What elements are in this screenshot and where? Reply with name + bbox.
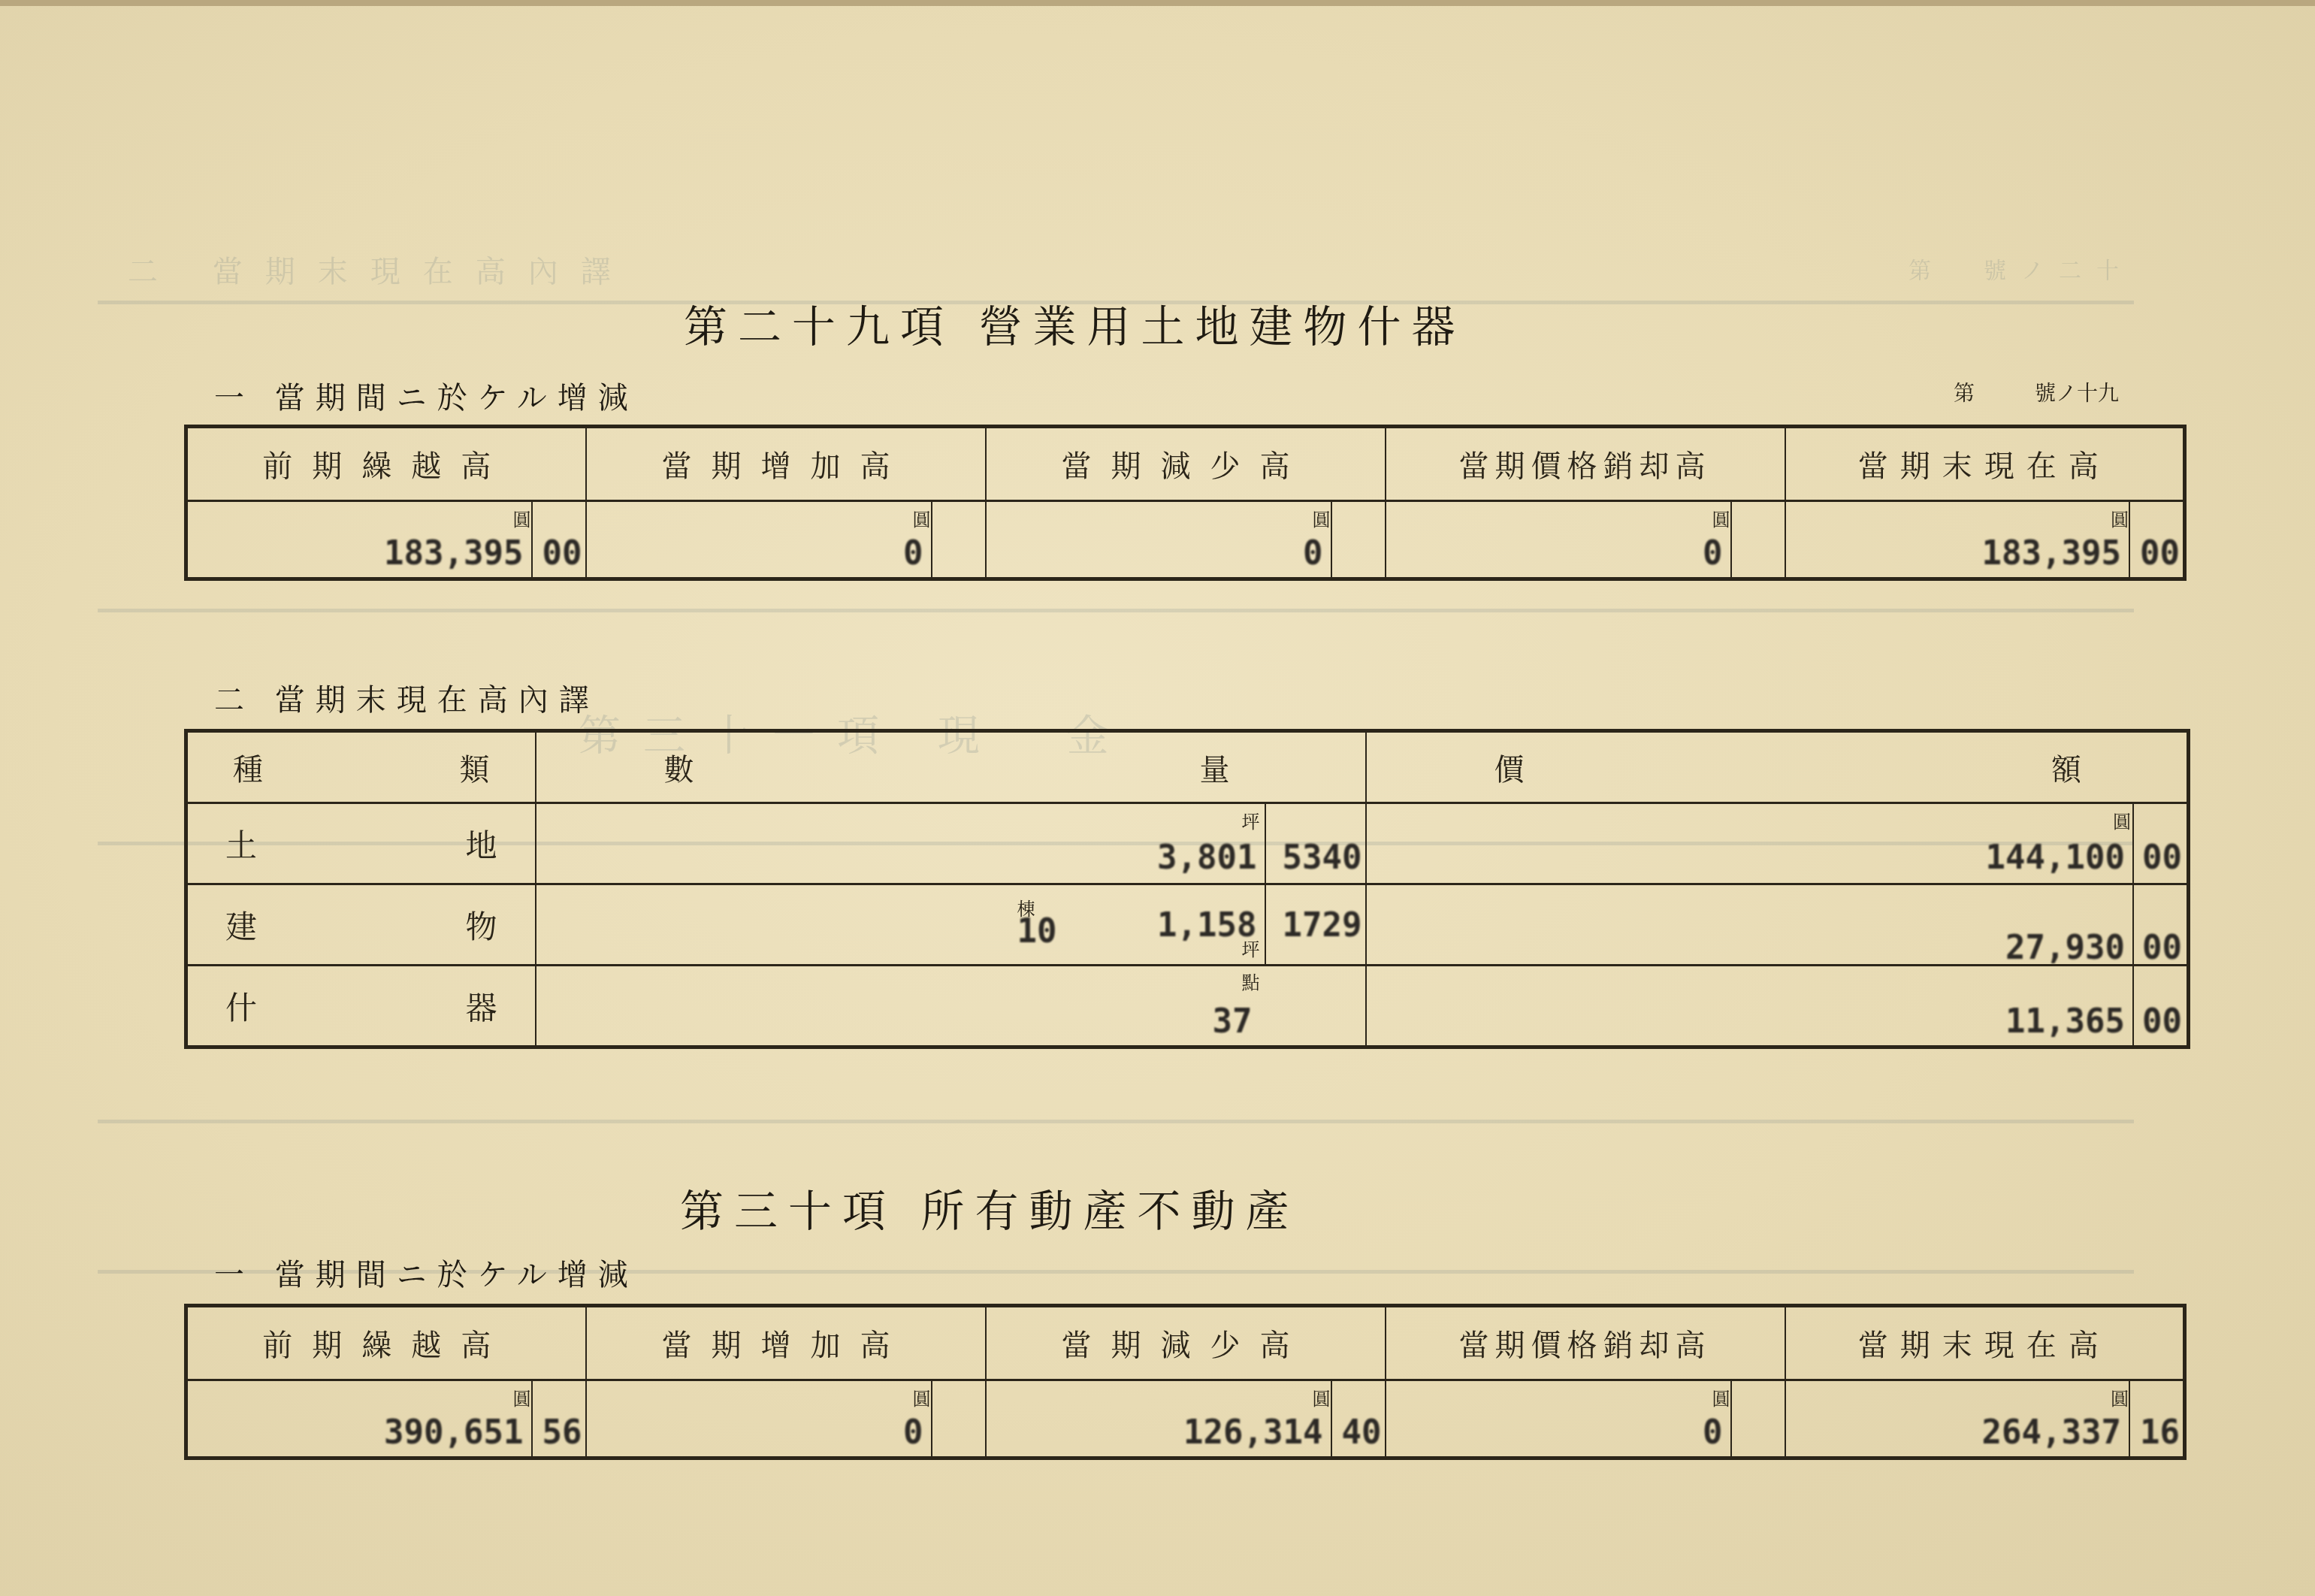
section-29-changes-subhead: 一 當期間ニ於ケル增減 <box>214 374 639 417</box>
yen-unit: 圓 <box>1313 505 1331 531</box>
kind-cell: 建物 <box>186 884 536 966</box>
column-header: 當期末現在高 <box>1785 427 2185 501</box>
amount-decimal: 00 <box>2142 1002 2182 1041</box>
amount-integer: 183,395 <box>1982 534 2121 573</box>
amount-cell: 圓126,31440 <box>986 1380 1386 1458</box>
amount-integer: 0 <box>1703 534 1723 573</box>
table-row: 什器 點 37 11,365 00 <box>186 966 2189 1047</box>
quantity-integer: 3,801 <box>1157 839 1256 877</box>
table-row: 土地 坪 3,801 5340 圓 144,100 00 <box>186 803 2189 884</box>
quantity-integer: 1,158 <box>1157 906 1256 945</box>
amount-cell: 圓0 <box>586 501 986 579</box>
amount-decimal: 00 <box>2140 534 2180 573</box>
value-header-a: 價 <box>1494 746 1525 789</box>
column-header: 當期增加高 <box>586 1306 986 1380</box>
decimal-divider <box>2129 1381 2130 1456</box>
building-count: 10 <box>1017 912 1057 951</box>
show-through-subhead: 二 當期末現在高內譯 <box>128 248 633 291</box>
decimal-divider <box>2132 966 2134 1045</box>
decimal-divider <box>1331 1381 1332 1456</box>
kind-a: 土 <box>225 821 257 866</box>
kind-header: 種類 <box>186 731 536 803</box>
amount-cell: 圓390,65156 <box>186 1380 586 1458</box>
amount-integer: 0 <box>1703 1413 1723 1452</box>
amount-cell: 11,365 00 <box>1366 966 2189 1047</box>
amount-decimal: 56 <box>542 1413 582 1452</box>
decimal-divider <box>1265 885 1266 964</box>
column-header: 當期減少高 <box>986 427 1386 501</box>
decimal-divider <box>2132 804 2134 883</box>
yen-unit: 圓 <box>1712 1384 1730 1410</box>
quantity-decimal: 1729 <box>1283 906 1362 945</box>
amount-integer: 27,930 <box>2005 929 2125 967</box>
page-edge <box>0 0 2315 6</box>
section-30-title: 第三十項 所有動產不動產 <box>680 1176 1299 1239</box>
section-29-breakdown-table: 種類 數量 價額 土地 坪 3,801 5340 圓 144,100 00 建物… <box>184 729 2190 1049</box>
amount-cell: 圓0 <box>1386 1380 1785 1458</box>
column-header: 當期價格銷却高 <box>1386 1306 1785 1380</box>
column-header: 當期增加高 <box>586 427 986 501</box>
amount-cell: 圓0 <box>1386 501 1785 579</box>
yen-unit: 圓 <box>1313 1384 1331 1410</box>
quantity-cell: 棟 10 坪 1,158 1729 <box>536 884 1366 966</box>
kind-header-b: 類 <box>460 746 490 789</box>
quantity-header-b: 量 <box>1200 746 1230 789</box>
kind-header-a: 種 <box>233 746 263 789</box>
decimal-divider <box>1730 502 1732 577</box>
amount-decimal: 00 <box>2142 839 2182 877</box>
item-unit: 點 <box>1242 968 1260 994</box>
column-header: 當期減少高 <box>986 1306 1386 1380</box>
amount-integer: 183,395 <box>384 534 523 573</box>
decimal-divider <box>531 1381 533 1456</box>
quantity-cell: 點 37 <box>536 966 1366 1047</box>
yen-unit: 圓 <box>2111 505 2129 531</box>
form-number: 第號ノ十九 <box>1954 377 2119 407</box>
table-header-row: 前期繰越高 當期增加高 當期減少高 當期價格銷却高 當期末現在高 <box>186 427 2185 501</box>
amount-integer: 0 <box>903 1413 923 1452</box>
decimal-divider <box>931 1381 932 1456</box>
amount-cell: 圓0 <box>986 501 1386 579</box>
amount-integer: 390,651 <box>384 1413 523 1452</box>
yen-unit: 圓 <box>2111 1384 2129 1410</box>
amount-cell: 圓0 <box>586 1380 986 1458</box>
amount-decimal: 00 <box>2142 929 2182 967</box>
column-header: 前期繰越高 <box>186 427 586 501</box>
amount-integer: 144,100 <box>1986 839 2125 877</box>
decimal-divider <box>531 502 533 577</box>
table-row: 圓183,39500 圓0 圓0 圓0 圓183,39500 <box>186 501 2185 579</box>
amount-decimal: 00 <box>542 534 582 573</box>
kind-a: 什 <box>225 984 257 1029</box>
show-through-rule <box>98 609 2134 612</box>
quantity-integer: 37 <box>1213 1002 1253 1041</box>
table-header-row: 種類 數量 價額 <box>186 731 2189 803</box>
amount-decimal: 16 <box>2140 1413 2180 1452</box>
kind-cell: 什器 <box>186 966 536 1047</box>
decimal-divider <box>1265 804 1266 883</box>
amount-cell: 27,930 00 <box>1366 884 2189 966</box>
table-row: 圓390,65156 圓0 圓126,31440 圓0 圓264,33716 <box>186 1380 2185 1458</box>
decimal-divider <box>2129 502 2130 577</box>
column-header: 前期繰越高 <box>186 1306 586 1380</box>
yen-unit: 圓 <box>913 505 931 531</box>
kind-b: 物 <box>465 902 497 948</box>
decimal-divider <box>1331 502 1332 577</box>
show-through-form-number: 第 號ノ二十 <box>1909 252 2134 285</box>
amount-cell: 圓264,33716 <box>1785 1380 2185 1458</box>
quantity-cell: 坪 3,801 5340 <box>536 803 1366 884</box>
quantity-decimal: 5340 <box>1283 839 1362 877</box>
kind-b: 地 <box>465 821 497 866</box>
kind-b: 器 <box>465 984 497 1029</box>
quantity-header-a: 數 <box>664 746 694 789</box>
amount-cell: 圓 144,100 00 <box>1366 803 2189 884</box>
section-30-changes-table: 前期繰越高 當期增加高 當期減少高 當期價格銷却高 當期末現在高 圓390,65… <box>184 1304 2187 1460</box>
amount-cell: 圓183,39500 <box>1785 501 2185 579</box>
kind-a: 建 <box>225 902 257 948</box>
amount-integer: 0 <box>1303 534 1323 573</box>
form-number-prefix: 第 <box>1954 381 1975 406</box>
form-number-suffix: 號ノ十九 <box>2035 381 2119 406</box>
decimal-divider <box>931 502 932 577</box>
yen-unit: 圓 <box>1712 505 1730 531</box>
amount-integer: 11,365 <box>2005 1002 2125 1041</box>
table-header-row: 前期繰越高 當期增加高 當期減少高 當期價格銷却高 當期末現在高 <box>186 1306 2185 1380</box>
area-unit: 坪 <box>1242 807 1260 833</box>
table-row: 建物 棟 10 坪 1,158 1729 27,930 00 <box>186 884 2189 966</box>
section-29-breakdown-subhead: 二 當期末現在高內譯 <box>214 676 600 719</box>
amount-integer: 126,314 <box>1183 1413 1322 1452</box>
amount-integer: 0 <box>903 534 923 573</box>
yen-unit: 圓 <box>913 1384 931 1410</box>
yen-unit: 圓 <box>2113 807 2131 833</box>
yen-unit: 圓 <box>513 1384 531 1410</box>
decimal-divider <box>2132 885 2134 964</box>
quantity-header: 數量 <box>536 731 1366 803</box>
section-29-changes-table: 前期繰越高 當期增加高 當期減少高 當期價格銷却高 當期末現在高 圓183,39… <box>184 425 2187 581</box>
amount-decimal: 40 <box>1342 1413 1382 1452</box>
decimal-divider <box>1730 1381 1732 1456</box>
kind-cell: 土地 <box>186 803 536 884</box>
amount-cell: 圓183,39500 <box>186 501 586 579</box>
show-through-rule <box>98 1120 2134 1123</box>
amount-integer: 264,337 <box>1982 1413 2121 1452</box>
section-30-changes-subhead: 一 當期間ニ於ケル增減 <box>214 1251 639 1294</box>
section-29-title: 第二十九項 營業用土地建物什器 <box>684 292 1465 355</box>
column-header: 當期末現在高 <box>1785 1306 2185 1380</box>
column-header: 當期價格銷却高 <box>1386 427 1785 501</box>
value-header: 價額 <box>1366 731 2189 803</box>
yen-unit: 圓 <box>513 505 531 531</box>
value-header-b: 額 <box>2051 746 2081 789</box>
